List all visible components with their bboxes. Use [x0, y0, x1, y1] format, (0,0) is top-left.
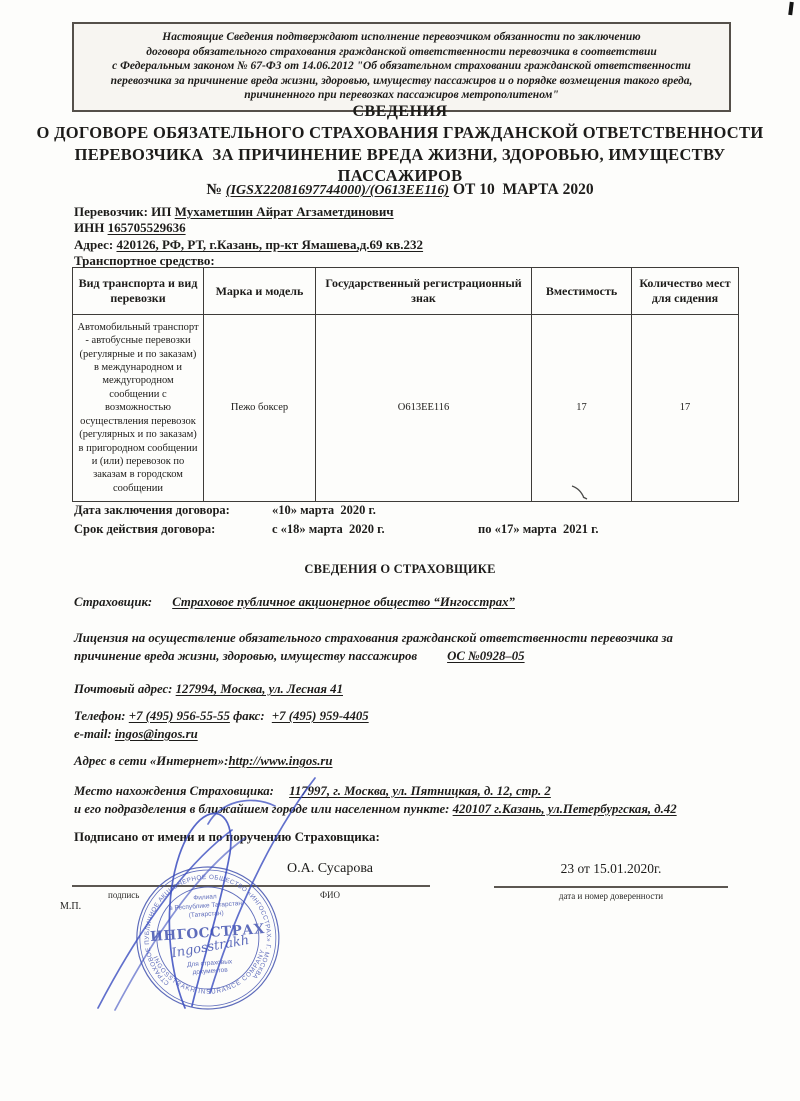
phone-label: Телефон:: [74, 709, 129, 723]
pen-mark: [570, 483, 592, 503]
insurer-name: Страховое публичное акционерное общество…: [172, 595, 515, 609]
postal-label: Почтовый адрес:: [74, 682, 176, 696]
col-header-capacity: Вместимость: [532, 268, 632, 315]
contract-number-line: № (IGSX22081697744000)/(О613ЕЕ116) ОТ 10…: [0, 181, 800, 199]
conclusion-date-label: Дата заключения договора:: [74, 503, 230, 517]
license-text: Лицензия на осуществление обязательного …: [74, 631, 673, 663]
scan-artifact-dash: [788, 2, 794, 15]
contract-number: (IGSX22081697744000)/(О613ЕЕ116): [226, 183, 449, 198]
contract-dates: Дата заключения договора: «10» марта 202…: [74, 503, 774, 540]
attorney-line: [494, 886, 728, 888]
conclusion-date-row: Дата заключения договора: «10» марта 202…: [74, 503, 774, 522]
col-header-make-model: Марка и модель: [204, 268, 316, 315]
notice-line: Настоящие Сведения подтверждают исполнен…: [88, 30, 715, 45]
col-header-seats: Количество мест для сидения: [632, 268, 739, 315]
cell-make-model: Пежо боксер: [204, 315, 316, 502]
phone-fax-line: Телефон: +7 (495) 956-55-55 факс: +7 (49…: [74, 707, 369, 725]
table-header-row: Вид транспорта и вид перевозки Марка и м…: [73, 268, 739, 315]
title-line-3: ПЕРЕВОЗЧИКА ЗА ПРИЧИНЕНИЕ ВРЕДА ЖИЗНИ, З…: [0, 144, 800, 166]
cell-capacity: 17: [532, 315, 632, 502]
attorney-caption: дата и номер доверенности: [494, 891, 728, 901]
number-prefix: №: [206, 181, 225, 198]
address-label: Адрес:: [74, 237, 116, 252]
cell-reg-number: О613ЕЕ116: [316, 315, 532, 502]
notice-box: Настоящие Сведения подтверждают исполнен…: [72, 22, 731, 112]
email-line: e-mail: ingos@ingos.ru: [74, 725, 198, 743]
document-title: СВЕДЕНИЯ О ДОГОВОРЕ ОБЯЗАТЕЛЬНОГО СТРАХО…: [0, 101, 800, 187]
address-line: Адрес: 420126, РФ, РТ, г.Казань, пр-кт Я…: [74, 237, 754, 253]
insurer-section-heading: СВЕДЕНИЯ О СТРАХОВЩИКЕ: [0, 562, 800, 577]
inn-label: ИНН: [74, 220, 108, 235]
notice-line: с Федеральным законом № 67-ФЗ от 14.06.2…: [88, 59, 715, 74]
title-line-2: О ДОГОВОРЕ ОБЯЗАТЕЛЬНОГО СТРАХОВАНИЯ ГРА…: [0, 122, 800, 144]
carrier-label: Перевозчик: ИП: [74, 204, 175, 219]
handwritten-signature: [60, 758, 360, 1020]
branch-value: 420107 г.Казань, ул.Петербургская, д.42: [453, 802, 677, 816]
col-header-vehicle-type: Вид транспорта и вид перевозки: [73, 268, 204, 315]
vehicle-table: Вид транспорта и вид перевозки Марка и м…: [72, 267, 739, 502]
carrier-block: Перевозчик: ИП Мухаметшин Айрат Агзаметд…: [74, 204, 754, 269]
col-header-reg-number: Государственный регистрационный знак: [316, 268, 532, 315]
inn-line: ИНН 165705529636: [74, 220, 754, 236]
postal-line: Почтовый адрес: 127994, Москва, ул. Лесн…: [74, 680, 343, 698]
notice-line: договора обязательного страхования гражд…: [88, 45, 715, 60]
email-value: ingos@ingos.ru: [115, 727, 198, 741]
fax-label: факс:: [230, 709, 268, 723]
scanned-document-page: Настоящие Сведения подтверждают исполнен…: [0, 0, 800, 1101]
title-line-1: СВЕДЕНИЯ: [0, 101, 800, 122]
address-value: 420126, РФ, РТ, г.Казань, пр-кт Ямашева,…: [116, 237, 423, 252]
carrier-name: Мухаметшин Айрат Агзаметдинович: [175, 204, 394, 219]
email-label: e-mail:: [74, 727, 115, 741]
license-paragraph: Лицензия на осуществление обязательного …: [74, 629, 742, 665]
term-from-value: с «18» марта 2020 г.: [272, 522, 385, 537]
conclusion-date-value: «10» марта 2020 г.: [272, 503, 376, 518]
term-row: Срок действия договора: с «18» марта 202…: [74, 522, 774, 541]
inn-value: 165705529636: [108, 220, 186, 235]
insurer-label: Страховщик:: [74, 595, 152, 609]
notice-line: перевозчика за причинение вреда жизни, з…: [88, 74, 715, 89]
carrier-line: Перевозчик: ИП Мухаметшин Айрат Агзаметд…: [74, 204, 754, 220]
attorney-value: 23 от 15.01.2020г.: [494, 861, 728, 877]
fax-value: +7 (495) 959-4405: [272, 709, 369, 723]
phone-value: +7 (495) 956-55-55: [129, 709, 230, 723]
term-label: Срок действия договора:: [74, 522, 215, 536]
cell-vehicle-type: Автомобильный транспорт - автобусные пер…: [73, 315, 204, 502]
contract-date: ОТ 10 МАРТА 2020: [449, 181, 594, 198]
postal-value: 127994, Москва, ул. Лесная 41: [176, 682, 343, 696]
term-to-value: по «17» марта 2021 г.: [478, 522, 598, 537]
cell-seats: 17: [632, 315, 739, 502]
insurer-line: Страховщик:Страховое публичное акционерн…: [74, 593, 515, 611]
table-row: Автомобильный транспорт - автобусные пер…: [73, 315, 739, 502]
license-number: ОС №0928–05: [447, 649, 524, 663]
